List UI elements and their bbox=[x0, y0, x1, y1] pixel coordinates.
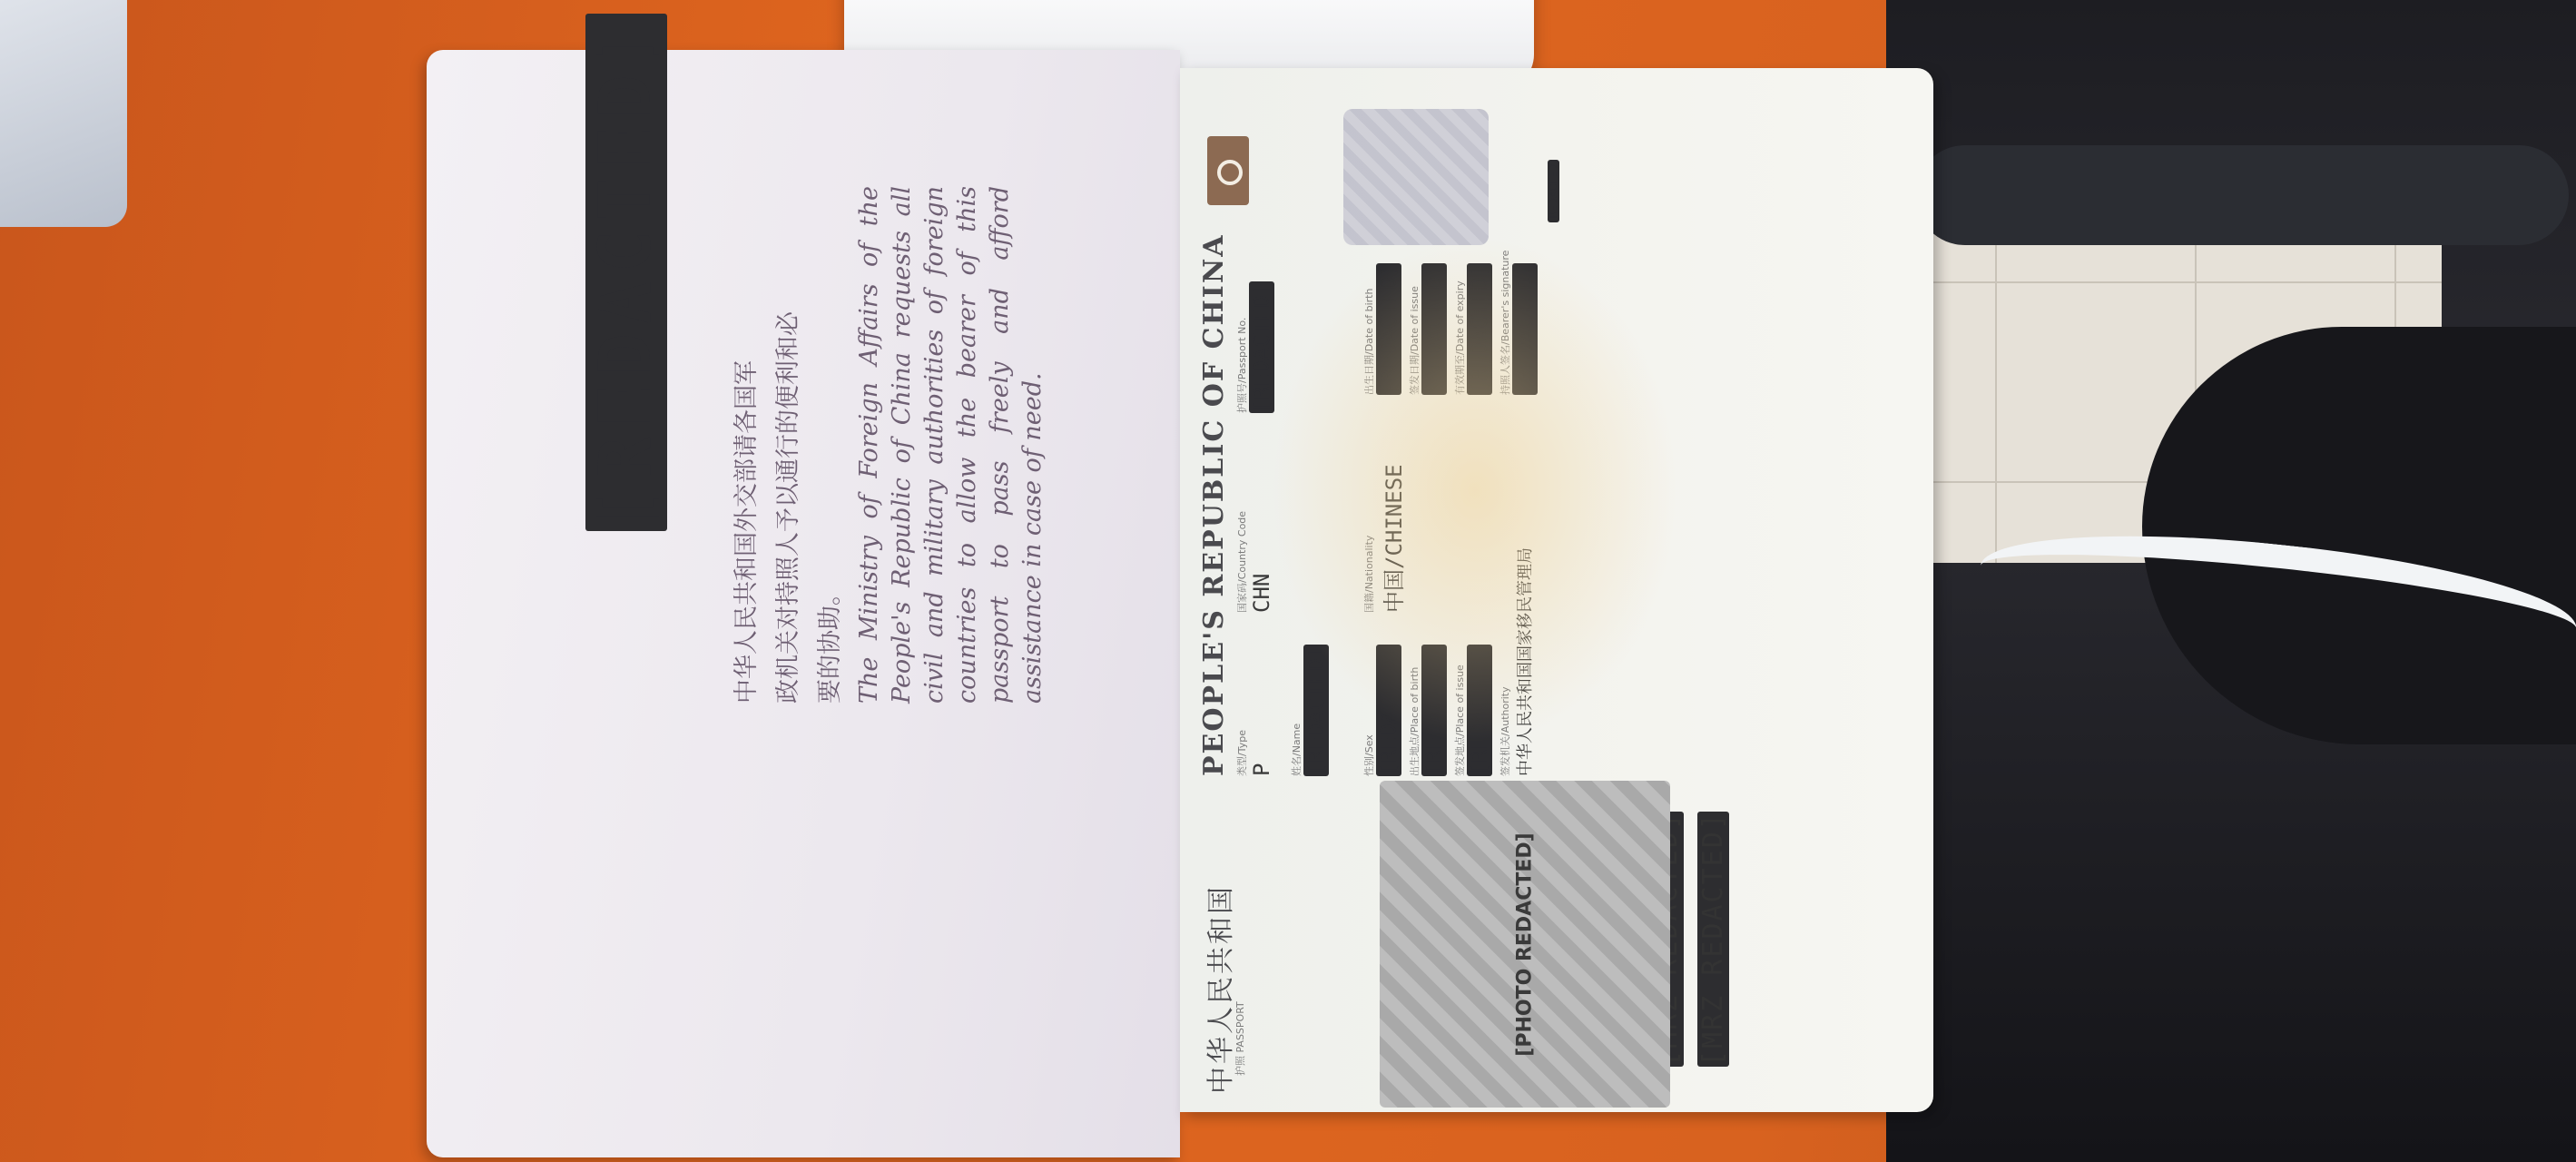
field-passport-number: 护照号/Passport No. [REDACTED] bbox=[1234, 282, 1274, 414]
perforated-number: [REDACTED] bbox=[585, 14, 667, 531]
field-type: 类型/Type P bbox=[1234, 730, 1274, 776]
ministry-request-zh: 中华人民共和国外交部请各国军 政机关对持照人予以通行的便利和必 要的协助。 bbox=[726, 311, 851, 704]
bearer-photo-redacted: [PHOTO REDACTED] bbox=[1380, 781, 1670, 1108]
ministry-request-en: The Ministry of Foreign Affairs of the P… bbox=[853, 186, 1049, 704]
hologram-pattern bbox=[1271, 236, 1679, 744]
passport-emblem-icon bbox=[1207, 136, 1249, 205]
passport: [REDACTED] 中华人民共和国外交部请各国军 政机关对持照人予以通行的便利… bbox=[427, 50, 1952, 1157]
serial-number: [REDACTED] bbox=[1543, 160, 1560, 222]
chair-seat bbox=[2142, 327, 2576, 744]
header-en: PEOPLE'S REPUBLIC OF CHINA bbox=[1198, 233, 1230, 776]
doc-label: 护照 PASSPORT bbox=[1230, 1001, 1247, 1076]
passport-left-page: [REDACTED] 中华人民共和国外交部请各国军 政机关对持照人予以通行的便利… bbox=[427, 50, 1180, 1157]
chair-armrest bbox=[1915, 145, 2569, 245]
field-country-code: 国家码/Country Code CHN bbox=[1234, 511, 1274, 613]
ghost-photo-redacted bbox=[1343, 109, 1489, 245]
mrz-line-2: [MRZ REDACTED] bbox=[1697, 812, 1729, 1067]
corner-device bbox=[0, 0, 127, 227]
